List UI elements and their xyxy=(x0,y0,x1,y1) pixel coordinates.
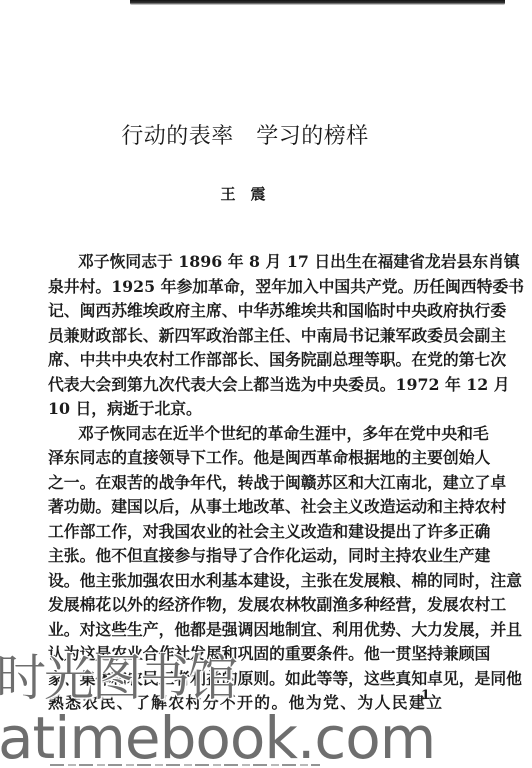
article-author: 王 震 xyxy=(0,184,486,204)
text-line: 著功勋。建国以后，从事土地改革、社会主义改造运动和主持农村 xyxy=(48,495,442,520)
text-line: 发展棉花以外的经济作物，发展农林牧副渔多种经营，发展农村工 xyxy=(48,593,442,618)
text-line: 邓子恢同志在近半个世纪的革命生涯中，多年在党中央和毛 xyxy=(48,422,442,447)
article-body: 邓子恢同志于 1896 年 8 月 17 日出生在福建省龙岩县东肖镇 泉井村。1… xyxy=(48,250,442,716)
text-line: 工作部工作，对我国农业的社会主义改造和建设提出了许多正确 xyxy=(48,520,442,545)
text-line: 邓子恢同志于 1896 年 8 月 17 日出生在福建省龙岩县东肖镇 xyxy=(48,250,442,275)
text-line: 设。他主张加强农田水利基本建设，主张在发展粮、棉的同时，注意 xyxy=(48,569,442,594)
watermark-en: atimebook.com xyxy=(0,708,435,768)
text-line: 代表大会到第九次代表大会上都当选为中央委员。1972 年 12 月 xyxy=(48,373,442,398)
text-line: 之一。在艰苦的战争年代，转战于闽赣苏区和大江南北，建立了卓 xyxy=(48,471,442,496)
text-line: 记、闽西苏维埃政府主席、中华苏维埃共和国临时中央政府执行委 xyxy=(48,299,442,324)
text-line: 泉井村。1925 年参加革命，翌年加入中国共产党。历任闽西特委书 xyxy=(48,275,442,300)
text-line: 员兼财政部长、新四军政治部主任、中南局书记兼军政委员会副主 xyxy=(48,324,442,349)
text-line: 认为这是农业合作社发展和巩固的重要条件。他一贯坚持兼顾国 xyxy=(48,642,442,667)
text-line: 10 日，病逝于北京。 xyxy=(48,397,442,422)
text-line: 主张。他不但直接参与指导了合作化运动，同时主持农业生产建 xyxy=(48,544,442,569)
text-line: 席、中共中央农村工作部部长、国务院副总理等职。在党的第七次 xyxy=(48,348,442,373)
text-line: 泽东同志的直接领导下工作。他是闽西革命根据地的主要创始人 xyxy=(48,446,442,471)
text-line: 业。对这些生产，他都是强调因地制宜、利用优势、大力发展，并且 xyxy=(48,618,442,643)
text-line: 家、集体和农民三者利益的原则。如此等等，这些真知卓见，是同他 xyxy=(48,667,442,692)
scan-border-bottom xyxy=(50,764,320,766)
article-title: 行动的表率 学习的榜样 xyxy=(0,122,490,152)
page-number: 1 xyxy=(421,688,430,703)
scan-border-top xyxy=(130,0,505,5)
text-line: 熟悉农民、了解农村分不开的。他为党、为人民建立 xyxy=(48,691,442,716)
